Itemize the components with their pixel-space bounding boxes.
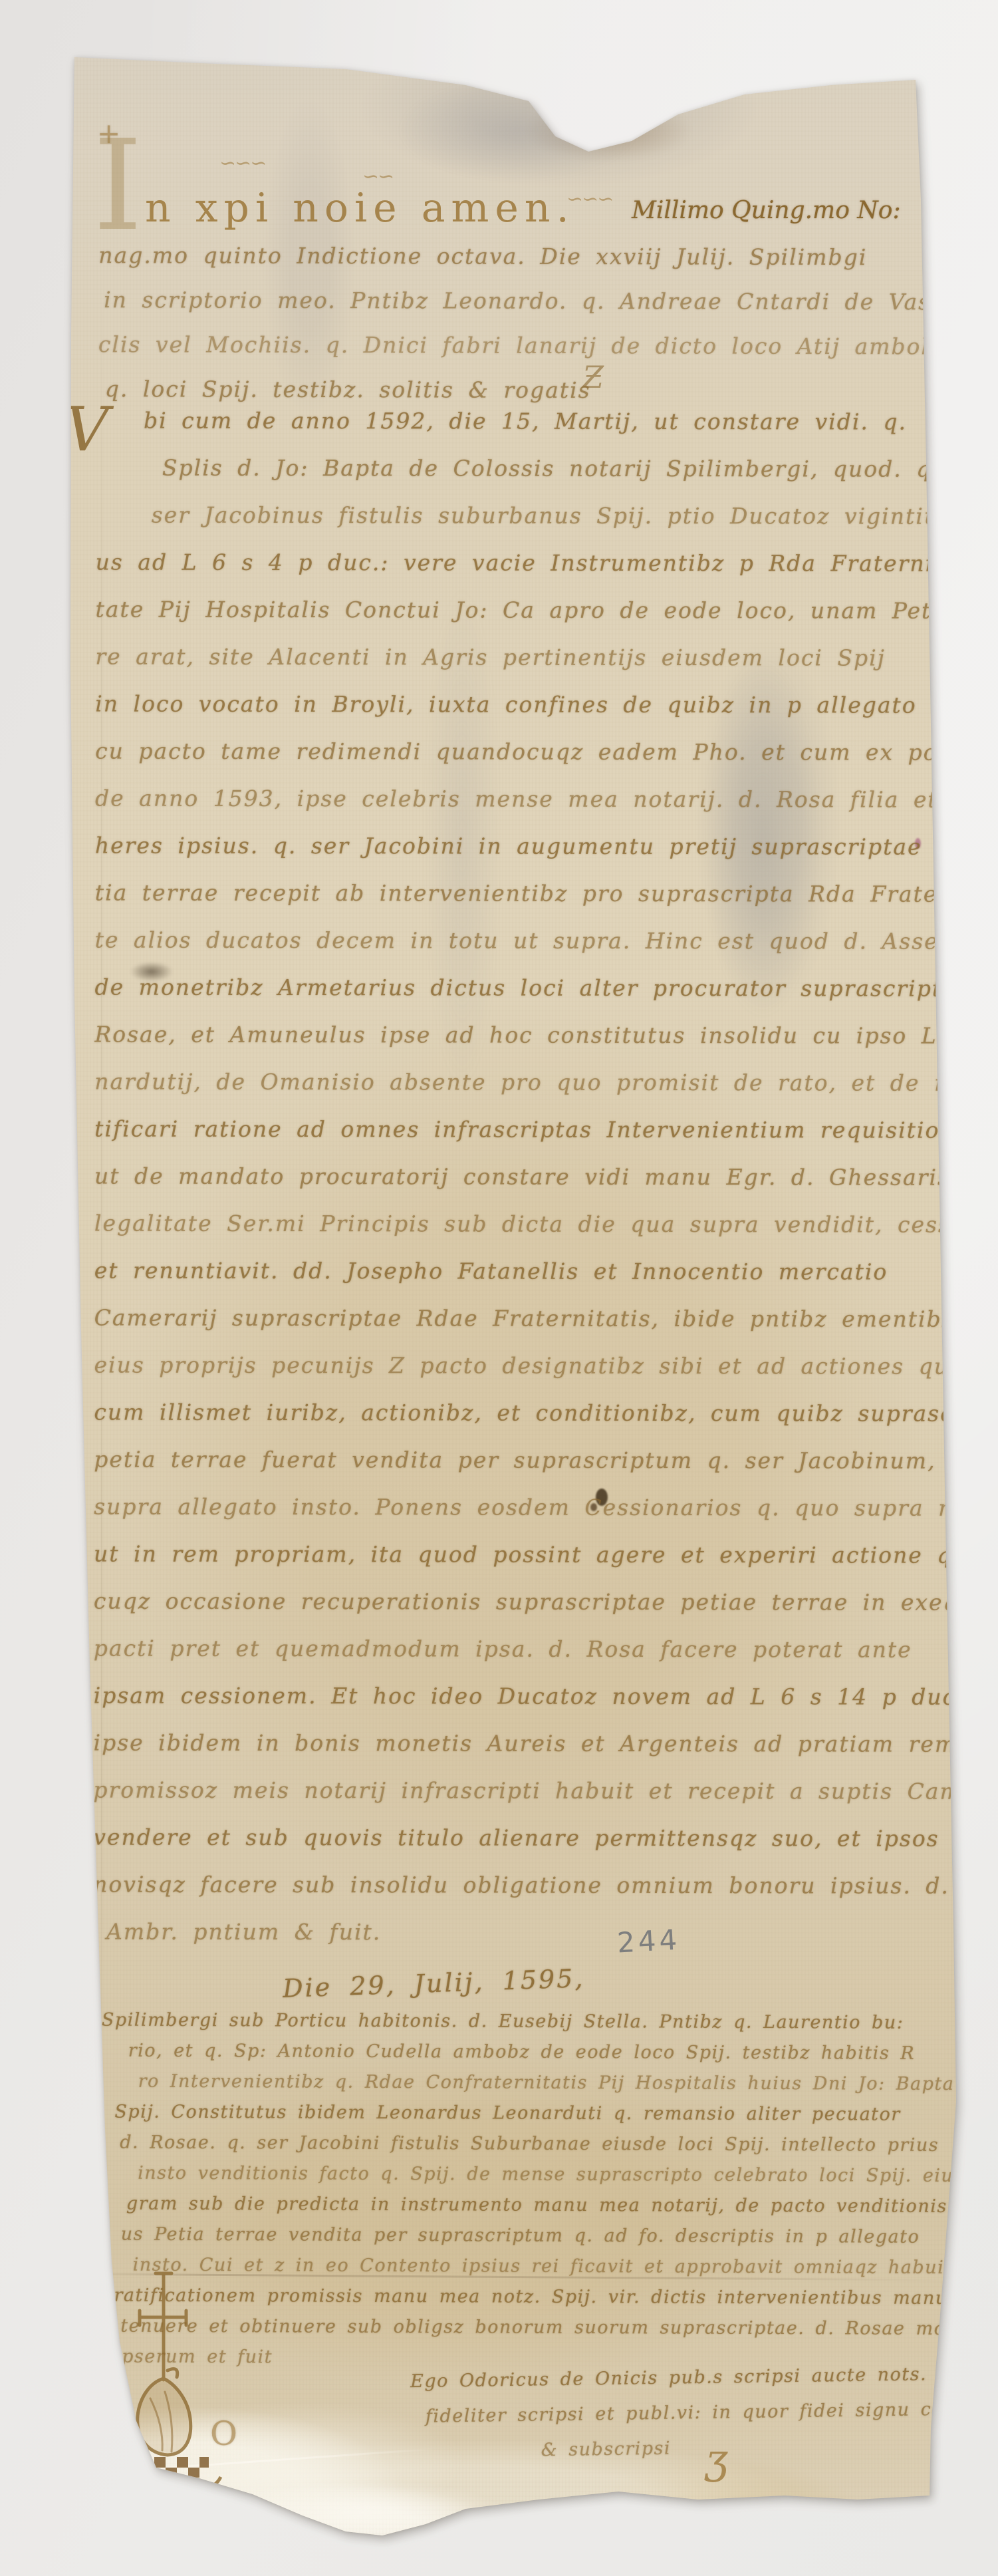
- manuscript-line: & subscripsi: [541, 2432, 998, 2475]
- manuscript-line: promissoz meis notarij infrascripti habu…: [93, 1777, 998, 1826]
- manuscript-line: Ambr. pntium & fuit.: [106, 1919, 998, 1968]
- manuscript-line: rio, et q. Sp: Antonio Cudella ambobz de…: [128, 2041, 998, 2075]
- main-deed-paragraph: bi cum de anno 1592, die 15, Martij, ut …: [93, 407, 998, 1967]
- archival-number-pencil: 244: [616, 1924, 682, 1959]
- manuscript-line: insto venditionis facto q. Spij. de mens…: [138, 2163, 998, 2197]
- parchment-surface: + I n xpi noie amen. Millimo Quing.mo No…: [0, 0, 998, 2576]
- initial-H: H: [56, 2296, 93, 2339]
- manuscript-line: cum illismet iuribz, actionibz, et condi…: [94, 1399, 998, 1448]
- manuscript-line: cu pacto tame redimendi quandocuqz eadem…: [95, 738, 998, 787]
- manuscript-line: ro Intervenientibz q. Rdae Confraternita…: [138, 2071, 998, 2105]
- manuscript-line: Spij. Constitutus ibidem Leonardus Leona…: [114, 2102, 998, 2136]
- manuscript-line: novisqz facere sub insolidu obligatione …: [93, 1871, 998, 1920]
- parchment-sheet: + I n xpi noie amen. Millimo Quing.mo No…: [0, 0, 998, 2576]
- illuminated-initial-I: I: [93, 124, 142, 249]
- manuscript-line: tate Pij Hospitalis Conctui Jo: Ca apro …: [95, 596, 998, 645]
- manuscript-line: ut in rem propriam, ita quod possint age…: [94, 1540, 998, 1590]
- heading-text: n xpi noie amen.: [145, 185, 575, 231]
- signum-O-mark: O: [210, 2414, 237, 2453]
- manuscript-line: tia terrae recepit ab intervenientibz pr…: [95, 879, 998, 929]
- manuscript-line: supra allegato insto. Ponens eosdem Cess…: [94, 1493, 998, 1542]
- manuscript-line: de anno 1593, ipse celebris mense mea no…: [95, 785, 998, 834]
- manuscript-line: insto. Cui et z in eo Contento ipsius re…: [133, 2255, 998, 2289]
- manuscript-line: d. Rosae. q. ser Jacobini fistulis Subur…: [120, 2132, 998, 2166]
- manuscript-line: tenuere et obtinuere sub obligsz bonorum…: [120, 2316, 998, 2350]
- paragraph-end-flourish: Ƶ: [582, 359, 604, 395]
- manuscript-line: ser Jacobinus fistulis suburbanus Spij. …: [152, 502, 998, 551]
- manuscript-line: Spilimbergi sub Porticu habitonis. d. Eu…: [102, 2009, 998, 2043]
- abbreviation-flourish: ∽∽∽: [219, 152, 265, 175]
- manuscript-line: petia terrae fuerat vendita per suprascr…: [94, 1446, 998, 1495]
- manuscript-line: tificari ratione ad omnes infrascriptas …: [94, 1115, 998, 1165]
- manuscript-line: te alios ducatos decem in totu ut supra.…: [95, 927, 998, 976]
- manuscript-line: bi cum de anno 1592, die 15, Martij, ut …: [144, 408, 998, 457]
- manuscript-line: vendere et sub quovis titulo alienare pe…: [93, 1824, 998, 1873]
- manuscript-line: eius proprijs pecunijs Z pacto designati…: [94, 1352, 998, 1401]
- manuscript-line: Camerarij suprascriptae Rdae Fraternitat…: [94, 1304, 998, 1354]
- manuscript-line: nardutij, de Omanisio absente pro quo pr…: [94, 1068, 998, 1117]
- notarial-signum-icon: [104, 2265, 237, 2492]
- signature-flourish: ʒ: [705, 2434, 728, 2483]
- manuscript-line: ratificationem promissis manu mea notz. …: [114, 2285, 998, 2319]
- manuscript-line: us ad L 6 s 4 p duc.: vere vacie Instrum…: [96, 549, 998, 598]
- manuscript-line: de monetribz Armetarius dictus loci alte…: [94, 974, 998, 1023]
- abbreviation-flourish: ∽∽∽: [566, 188, 612, 211]
- manuscript-line: ipsam cessionem. Et hoc ideo Ducatoz nov…: [94, 1682, 998, 1731]
- notary-subscription: Ego Odoricus de Onicis pub.s scripsi auc…: [410, 2362, 998, 2477]
- initial-P: P: [62, 2063, 96, 2112]
- manuscript-line: cuqz occasione recuperationis suprascrip…: [94, 1588, 998, 1637]
- manuscript-line: nag.mo quinto Indictione octava. Die xxv…: [98, 242, 998, 289]
- manuscript-line: heres ipsius. q. ser Jacobini in augumen…: [95, 832, 998, 881]
- manuscript-line: in loco vocato in Broyli, iuxta confines…: [95, 690, 998, 740]
- manuscript-line: re arat, site Alacenti in Agris pertinen…: [95, 643, 998, 692]
- manuscript-line: clis vel Mochiis. q. Dnici fabri lanarij…: [98, 331, 998, 378]
- manuscript-photo: { "colors": { "ink": "#8a6830", "heading…: [0, 0, 998, 2576]
- manuscript-line: legalitate Ser.mi Principis sub dicta di…: [94, 1210, 998, 1259]
- abbreviation-flourish: ∽∽: [362, 165, 393, 188]
- manuscript-line: in scriptorio meo. Pntibz Leonardo. q. A…: [104, 287, 998, 334]
- manuscript-line: ipse ibidem in bonis monetis Aureis et A…: [93, 1729, 998, 1779]
- manuscript-line: Splis d. Jo: Bapta de Colossis notarij S…: [162, 455, 998, 504]
- manuscript-line: us Petia terrae vendita per suprascriptu…: [121, 2224, 998, 2258]
- manuscript-line: gram sub die predicta in instrumento man…: [126, 2194, 998, 2227]
- manuscript-line: et renuntiavit. dd. Josepho Fatanellis e…: [94, 1257, 998, 1306]
- manuscript-line: Rosae, et Amuneulus ipse ad hoc constitu…: [94, 1021, 998, 1070]
- heading-continuation: Millimo Quing.mo No:: [632, 197, 901, 224]
- manuscript-line: ut de mandato procuratorij constare vidi…: [94, 1163, 998, 1212]
- opening-protocol-paragraph: nag.mo quinto Indictione octava. Die xxv…: [98, 242, 998, 423]
- manuscript-line: pacti pret et quemadmodum ipsa. d. Rosa …: [94, 1635, 998, 1684]
- signum-O-mark: O: [106, 2413, 140, 2462]
